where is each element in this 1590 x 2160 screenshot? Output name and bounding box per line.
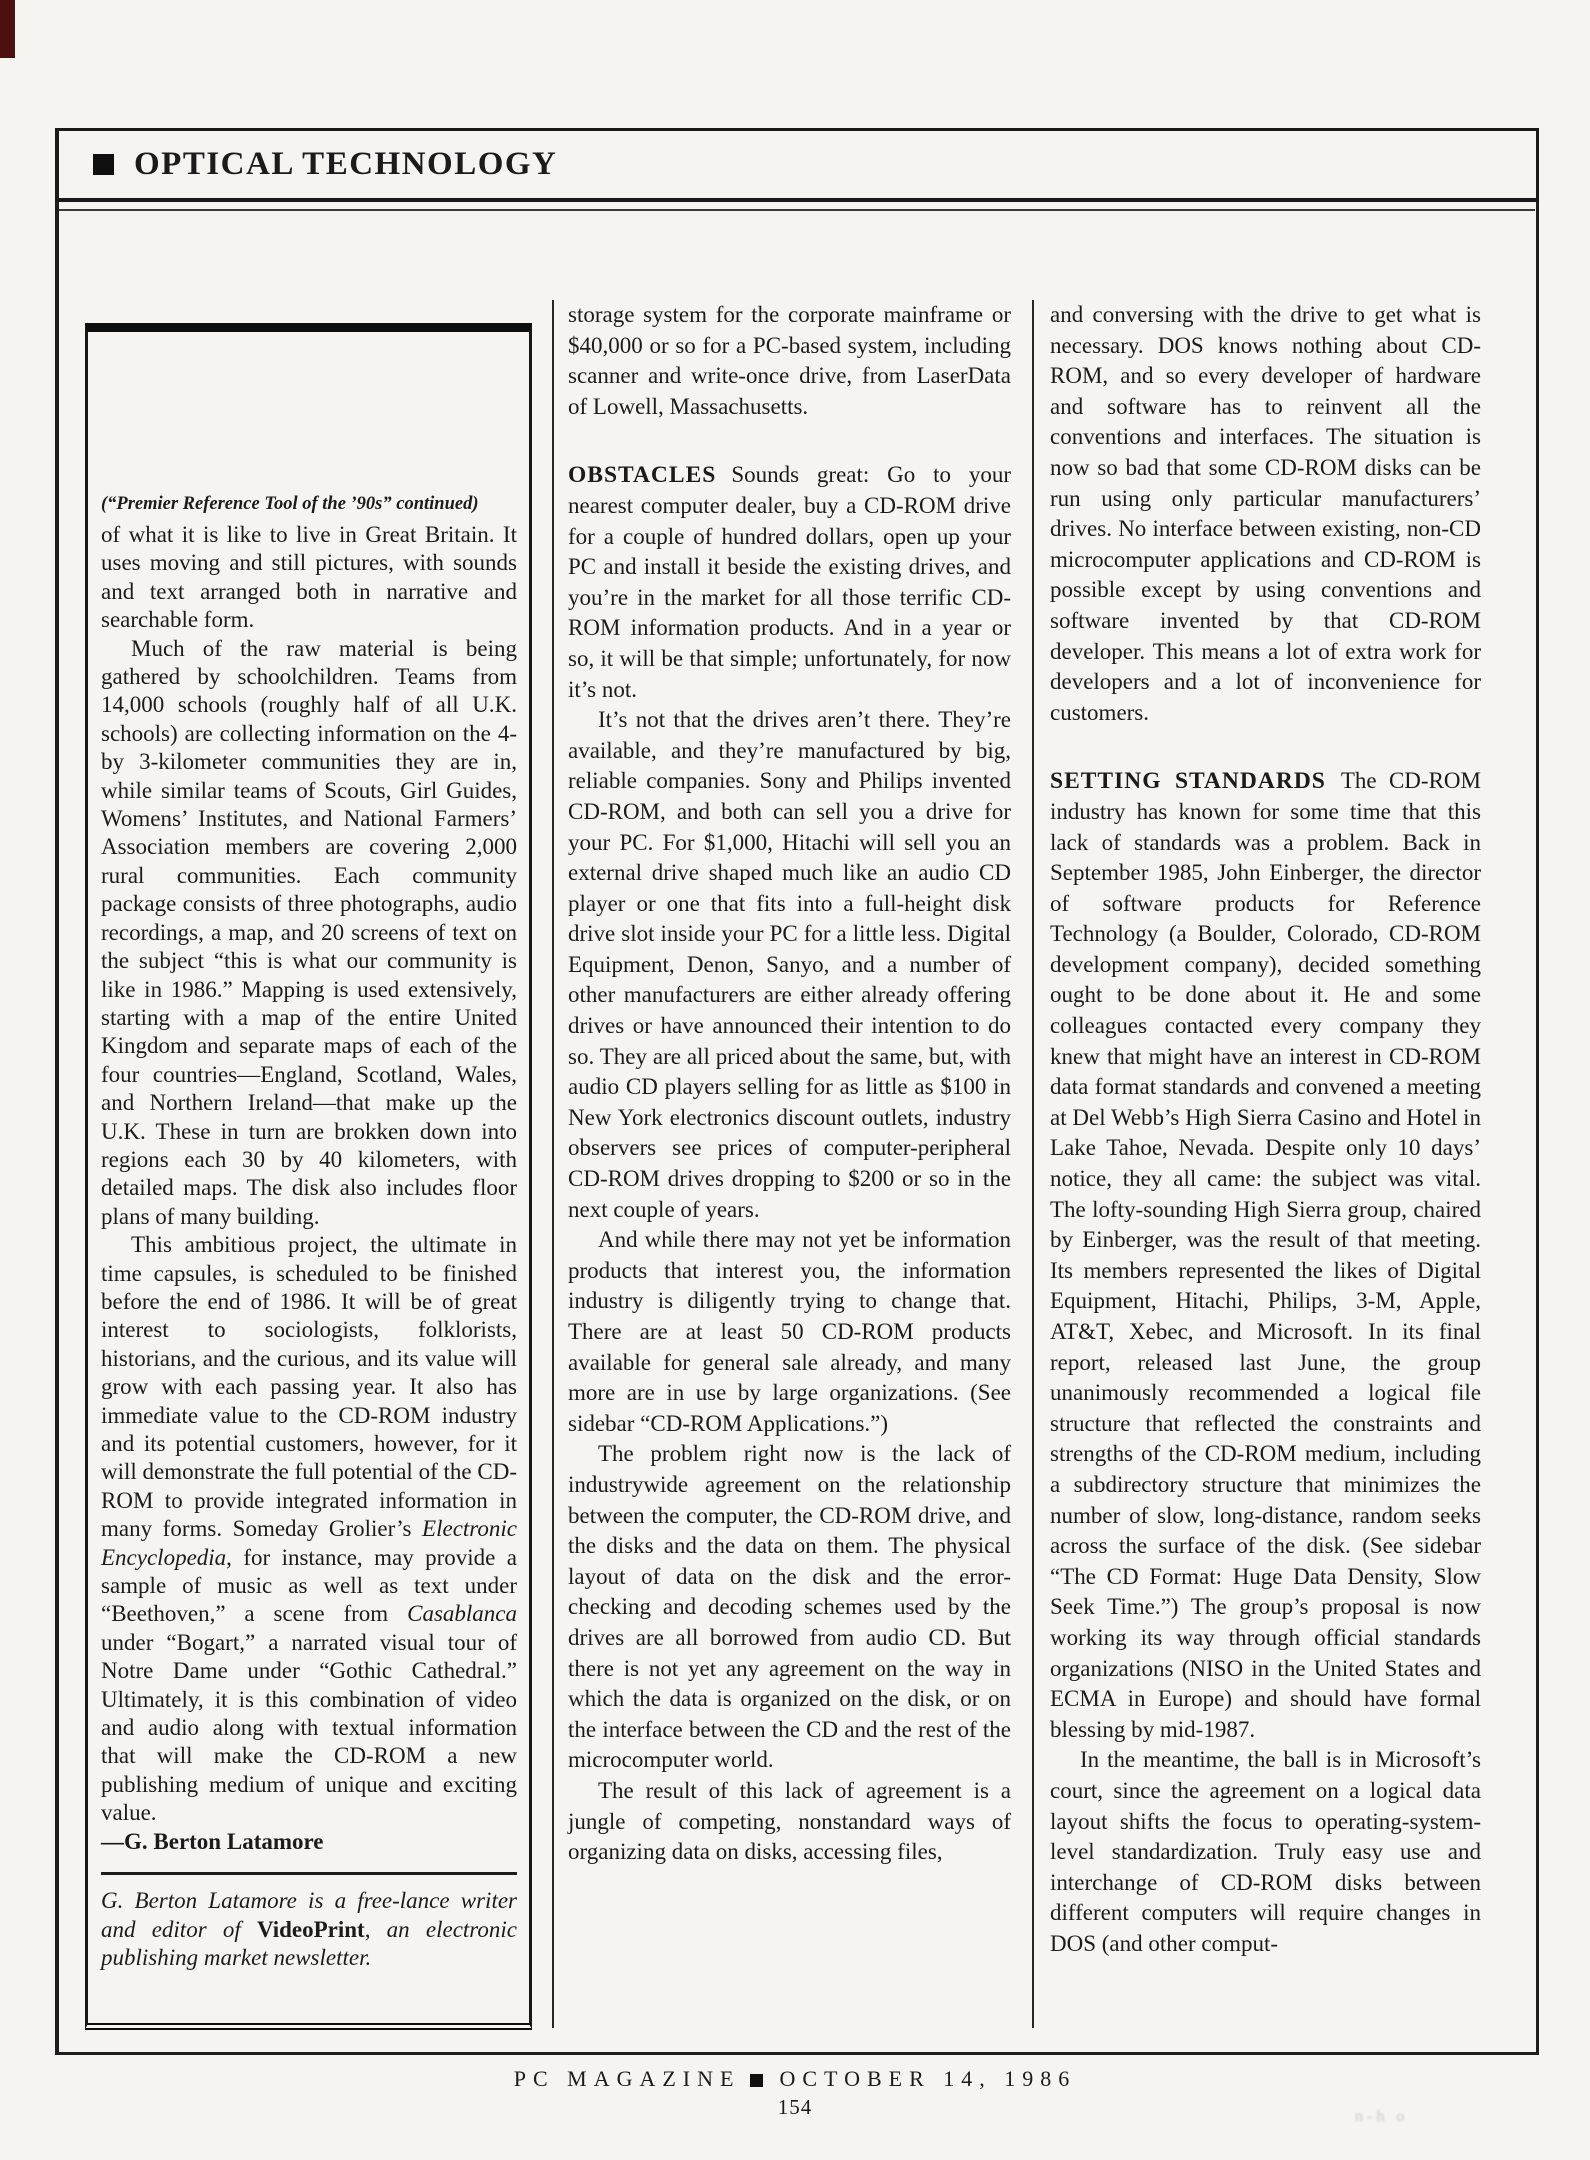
article-paragraph: And while there may not yet be informati… — [568, 1225, 1011, 1439]
page-footer: PC MAGAZINEOCTOBER 14, 1986 154 — [0, 2066, 1590, 2120]
article-paragraph: It’s not that the drives aren’t there. T… — [568, 705, 1011, 1225]
article-paragraph-text: The CD-ROM industry has known for some t… — [1050, 768, 1481, 1741]
magazine-page: { "header": { "title": "OPTICAL TECHNOLO… — [0, 0, 1590, 2160]
sidebar-paragraph: This ambitious project, the ultimate in … — [101, 1231, 517, 1828]
author-byline: —G. Berton Latamore — [101, 1828, 517, 1856]
continued-note: (“Premier Reference Tool of the ’90s” co… — [101, 492, 517, 516]
article-column-middle: storage system for the corporate mainfra… — [568, 300, 1011, 1868]
article-paragraph: The result of this lack of agreement is … — [568, 1776, 1011, 1868]
article-paragraph: SETTING STANDARDSThe CD-ROM industry has… — [1050, 766, 1481, 1745]
article-paragraph-text: Sounds great: Go to your nearest compute… — [568, 462, 1011, 701]
scan-corner-artifact — [0, 0, 15, 58]
article-paragraph: The problem right now is the lack of ind… — [568, 1439, 1011, 1776]
issue-date: OCTOBER 14, 1986 — [779, 2066, 1076, 2091]
work-title: Casablanca — [407, 1601, 517, 1626]
footer-bullet-square-icon — [750, 2074, 763, 2087]
article-column-right: and conversing with the drive to get wha… — [1050, 300, 1481, 1959]
sidebar-paragraph: Much of the raw material is being gather… — [101, 635, 517, 1232]
newsletter-name: VideoPrint — [257, 1917, 365, 1942]
scan-smudge-artifact: n-h o — [1355, 2108, 1575, 2126]
author-bio: G. Berton Latamore is a free-lance write… — [101, 1887, 517, 1972]
article-paragraph: storage system for the corporate mainfra… — [568, 300, 1011, 422]
sidebar-paragraph-text: under “Bogart,” a narrated visual tour o… — [101, 1630, 517, 1825]
sidebar-paragraph-text: This ambitious project, the ultimate in … — [101, 1232, 517, 1541]
article-paragraph: OBSTACLESSounds great: Go to your neares… — [568, 460, 1011, 705]
footer-line: PC MAGAZINEOCTOBER 14, 1986 — [0, 2066, 1590, 2092]
runin-heading-setting-standards: SETTING STANDARDS — [1050, 768, 1326, 794]
column-rule-left — [552, 300, 554, 2028]
column-rule-right — [1032, 300, 1034, 2028]
magazine-name: PC MAGAZINE — [514, 2066, 741, 2091]
runin-heading-obstacles: OBSTACLES — [568, 462, 716, 488]
sidebar-paragraph: of what it is like to live in Great Brit… — [101, 521, 517, 635]
sidebar-box: (“Premier Reference Tool of the ’90s” co… — [85, 323, 532, 2030]
header-divider-rule — [59, 209, 1535, 211]
page-number: 154 — [0, 2095, 1590, 2120]
article-paragraph: In the meantime, the ball is in Microsof… — [1050, 1745, 1481, 1959]
section-header: OPTICAL TECHNOLOGY — [55, 128, 1539, 202]
article-paragraph: and conversing with the drive to get wha… — [1050, 300, 1481, 728]
section-bullet-square-icon — [93, 154, 114, 175]
section-title: OPTICAL TECHNOLOGY — [134, 146, 557, 183]
bio-divider-rule — [101, 1872, 517, 1875]
